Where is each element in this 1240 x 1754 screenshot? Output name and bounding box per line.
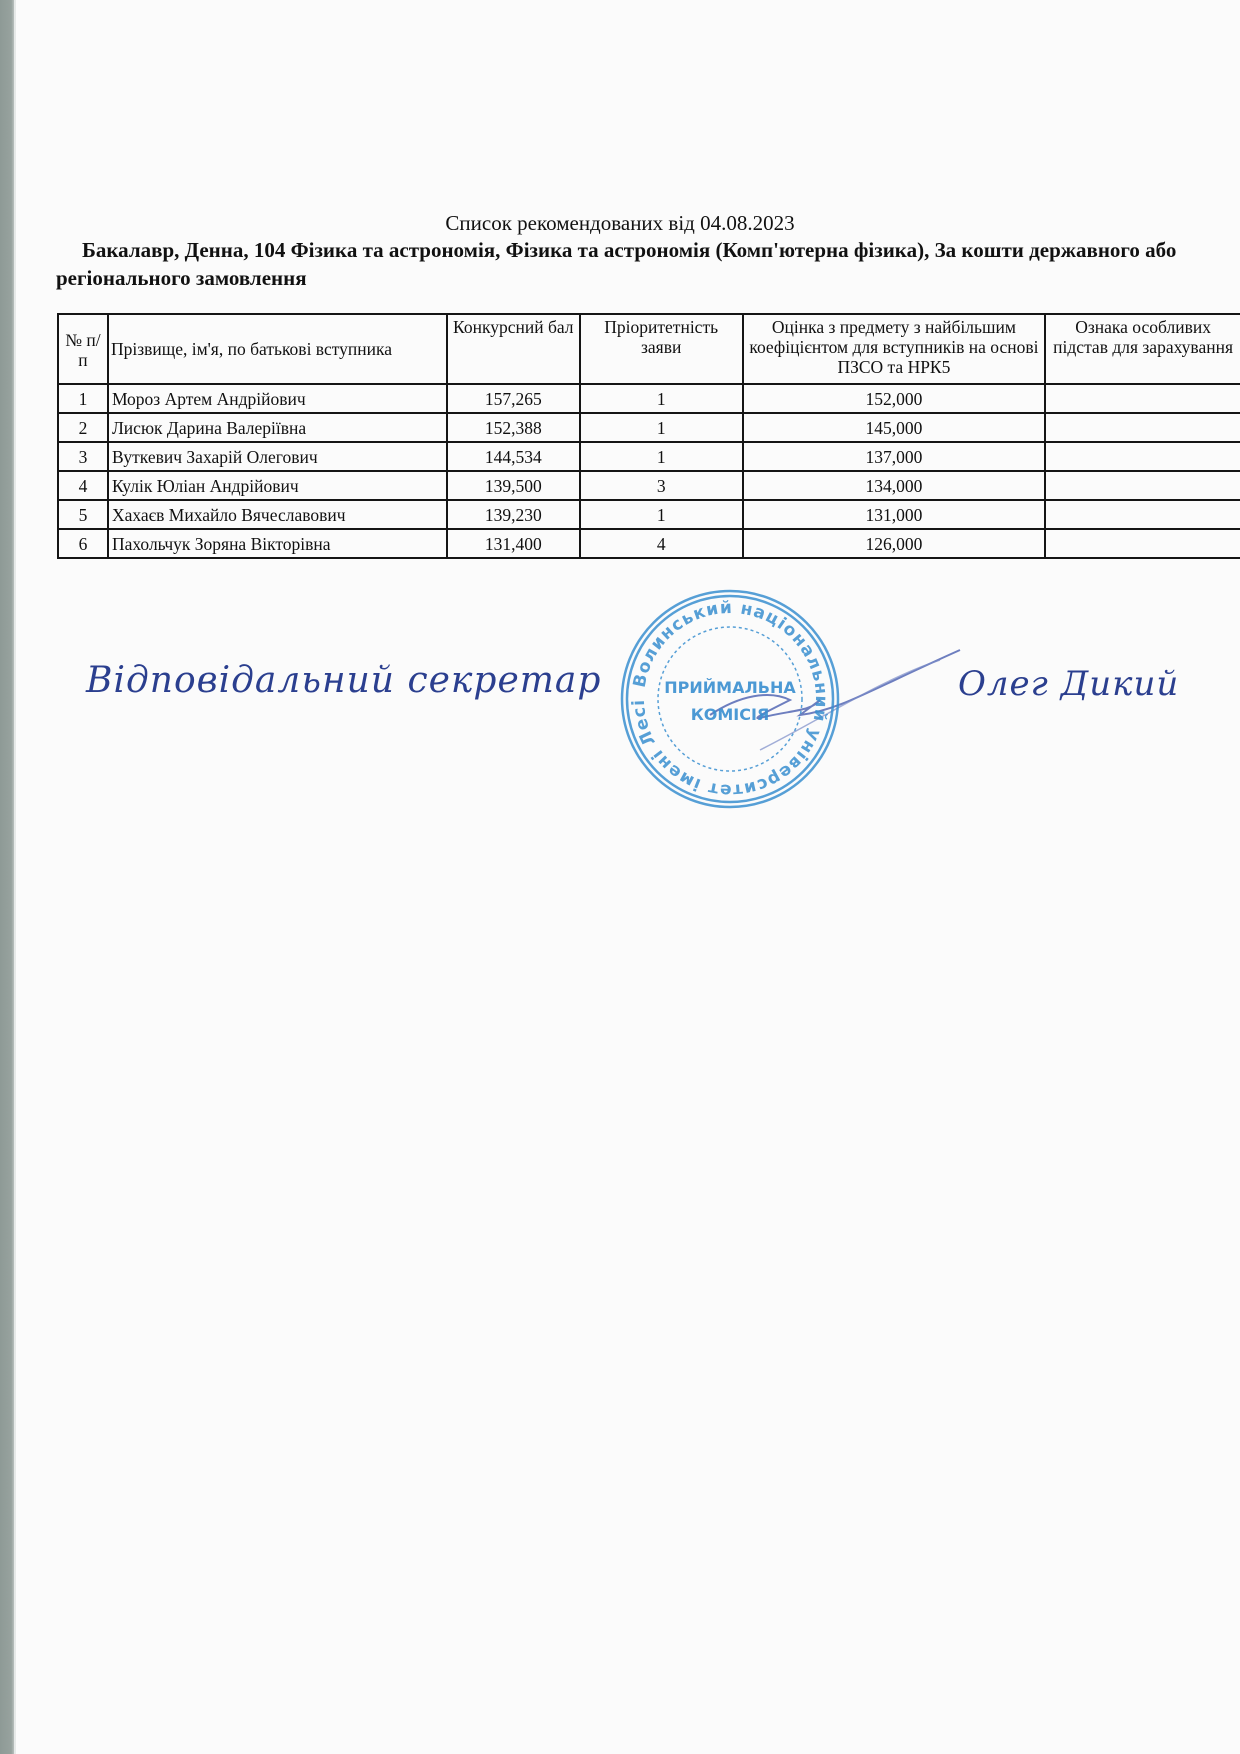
cell-subject-score: 126,000 (743, 529, 1046, 558)
cell-priority: 4 (580, 529, 743, 558)
table-row: 6Пахольчук Зоряна Вікторівна131,4004126,… (58, 529, 1240, 558)
cell-subject-score: 134,000 (743, 471, 1046, 500)
cell-num: 6 (58, 529, 108, 558)
cell-subject-score: 145,000 (743, 413, 1046, 442)
cell-special (1045, 500, 1240, 529)
table-row: 4Кулік Юліан Андрійович139,5003134,000 (58, 471, 1240, 500)
handwritten-name: Олег Дикий (958, 664, 1179, 704)
cell-priority: 3 (580, 471, 743, 500)
cell-special (1045, 529, 1240, 558)
cell-name: Мороз Артем Андрійович (108, 384, 447, 413)
admission-committee-stamp: Волинський національний університет імен… (612, 585, 848, 813)
cell-subject-score: 152,000 (743, 384, 1046, 413)
table-header-row: № п/п Прізвище, ім'я, по батькові вступн… (58, 314, 1240, 384)
table-row: 2Лисюк Дарина Валеріївна152,3881145,000 (58, 413, 1240, 442)
cell-subject-score: 137,000 (743, 442, 1046, 471)
handwritten-role: Відповідальний секретар (86, 660, 601, 701)
header-special: Ознака особливих підстав для зарахування (1045, 314, 1240, 384)
cell-score: 157,265 (447, 384, 580, 413)
cell-special (1045, 442, 1240, 471)
header-score: Конкурсний бал (447, 314, 580, 384)
header-priority: Пріоритетність заяви (580, 314, 743, 384)
cell-score: 152,388 (447, 413, 580, 442)
applicants-table: № п/п Прізвище, ім'я, по батькові вступн… (57, 313, 1240, 559)
cell-num: 5 (58, 500, 108, 529)
cell-special (1045, 384, 1240, 413)
cell-score: 139,500 (447, 471, 580, 500)
scan-edge (0, 0, 14, 1754)
header-num: № п/п (58, 314, 108, 384)
cell-num: 3 (58, 442, 108, 471)
cell-num: 1 (58, 384, 108, 413)
cell-score: 131,400 (447, 529, 580, 558)
table-row: 3Вуткевич Захарій Олегович144,5341137,00… (58, 442, 1240, 471)
cell-name: Хахаєв Михайло Вячеславович (108, 500, 447, 529)
cell-name: Пахольчук Зоряна Вікторівна (108, 529, 447, 558)
header-name: Прізвище, ім'я, по батькові вступника (108, 314, 447, 384)
cell-subject-score: 131,000 (743, 500, 1046, 529)
cell-name: Кулік Юліан Андрійович (108, 471, 447, 500)
cell-score: 144,534 (447, 442, 580, 471)
cell-priority: 1 (580, 384, 743, 413)
cell-special (1045, 413, 1240, 442)
table-row: 5Хахаєв Михайло Вячеславович139,2301131,… (58, 500, 1240, 529)
stamp-center-line1: ПРИЙМАЛЬНА (664, 678, 796, 697)
cell-num: 2 (58, 413, 108, 442)
cell-name: Вуткевич Захарій Олегович (108, 442, 447, 471)
cell-name: Лисюк Дарина Валеріївна (108, 413, 447, 442)
cell-num: 4 (58, 471, 108, 500)
cell-score: 139,230 (447, 500, 580, 529)
cell-priority: 1 (580, 413, 743, 442)
cell-priority: 1 (580, 500, 743, 529)
header-subject-score: Оцінка з предмету з найбільшим коефіцієн… (743, 314, 1046, 384)
cell-special (1045, 471, 1240, 500)
table-row: 1Мороз Артем Андрійович157,2651152,000 (58, 384, 1240, 413)
cell-priority: 1 (580, 442, 743, 471)
document-subtitle: Бакалавр, Денна, 104 Фізика та астрономі… (56, 236, 1206, 292)
stamp-center-line2: КОМІСІЯ (691, 705, 770, 724)
document-title: Список рекомендованих від 04.08.2023 (0, 211, 1240, 235)
